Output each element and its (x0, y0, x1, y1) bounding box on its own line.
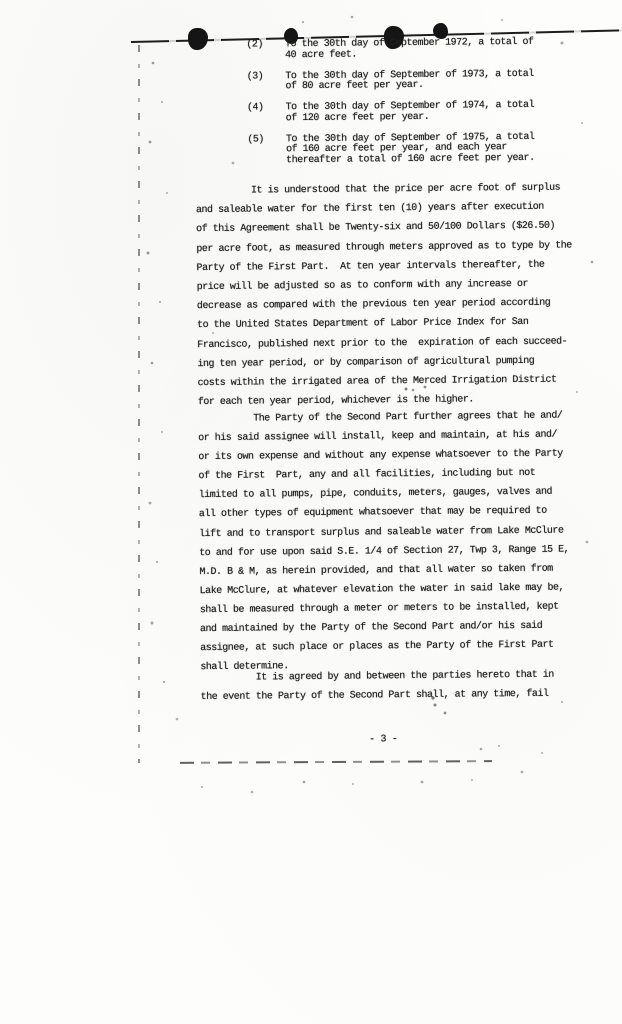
typewritten-content: (2) To the 30th day of September 1972, a… (0, 0, 622, 1024)
scanned-document-page: (2) To the 30th day of September 1972, a… (0, 0, 622, 1024)
paragraph-2: The Party of the Second Part further agr… (198, 407, 570, 678)
scan-noise-speckles (0, 0, 2, 2)
page-number: - 3 - (369, 734, 398, 745)
paragraph-3: It is agreed by and between the parties … (200, 666, 554, 708)
numbered-list: (2) To the 30th day of September 1972, a… (246, 38, 534, 167)
paragraph-1: It is understood that the price per acre… (196, 178, 574, 412)
